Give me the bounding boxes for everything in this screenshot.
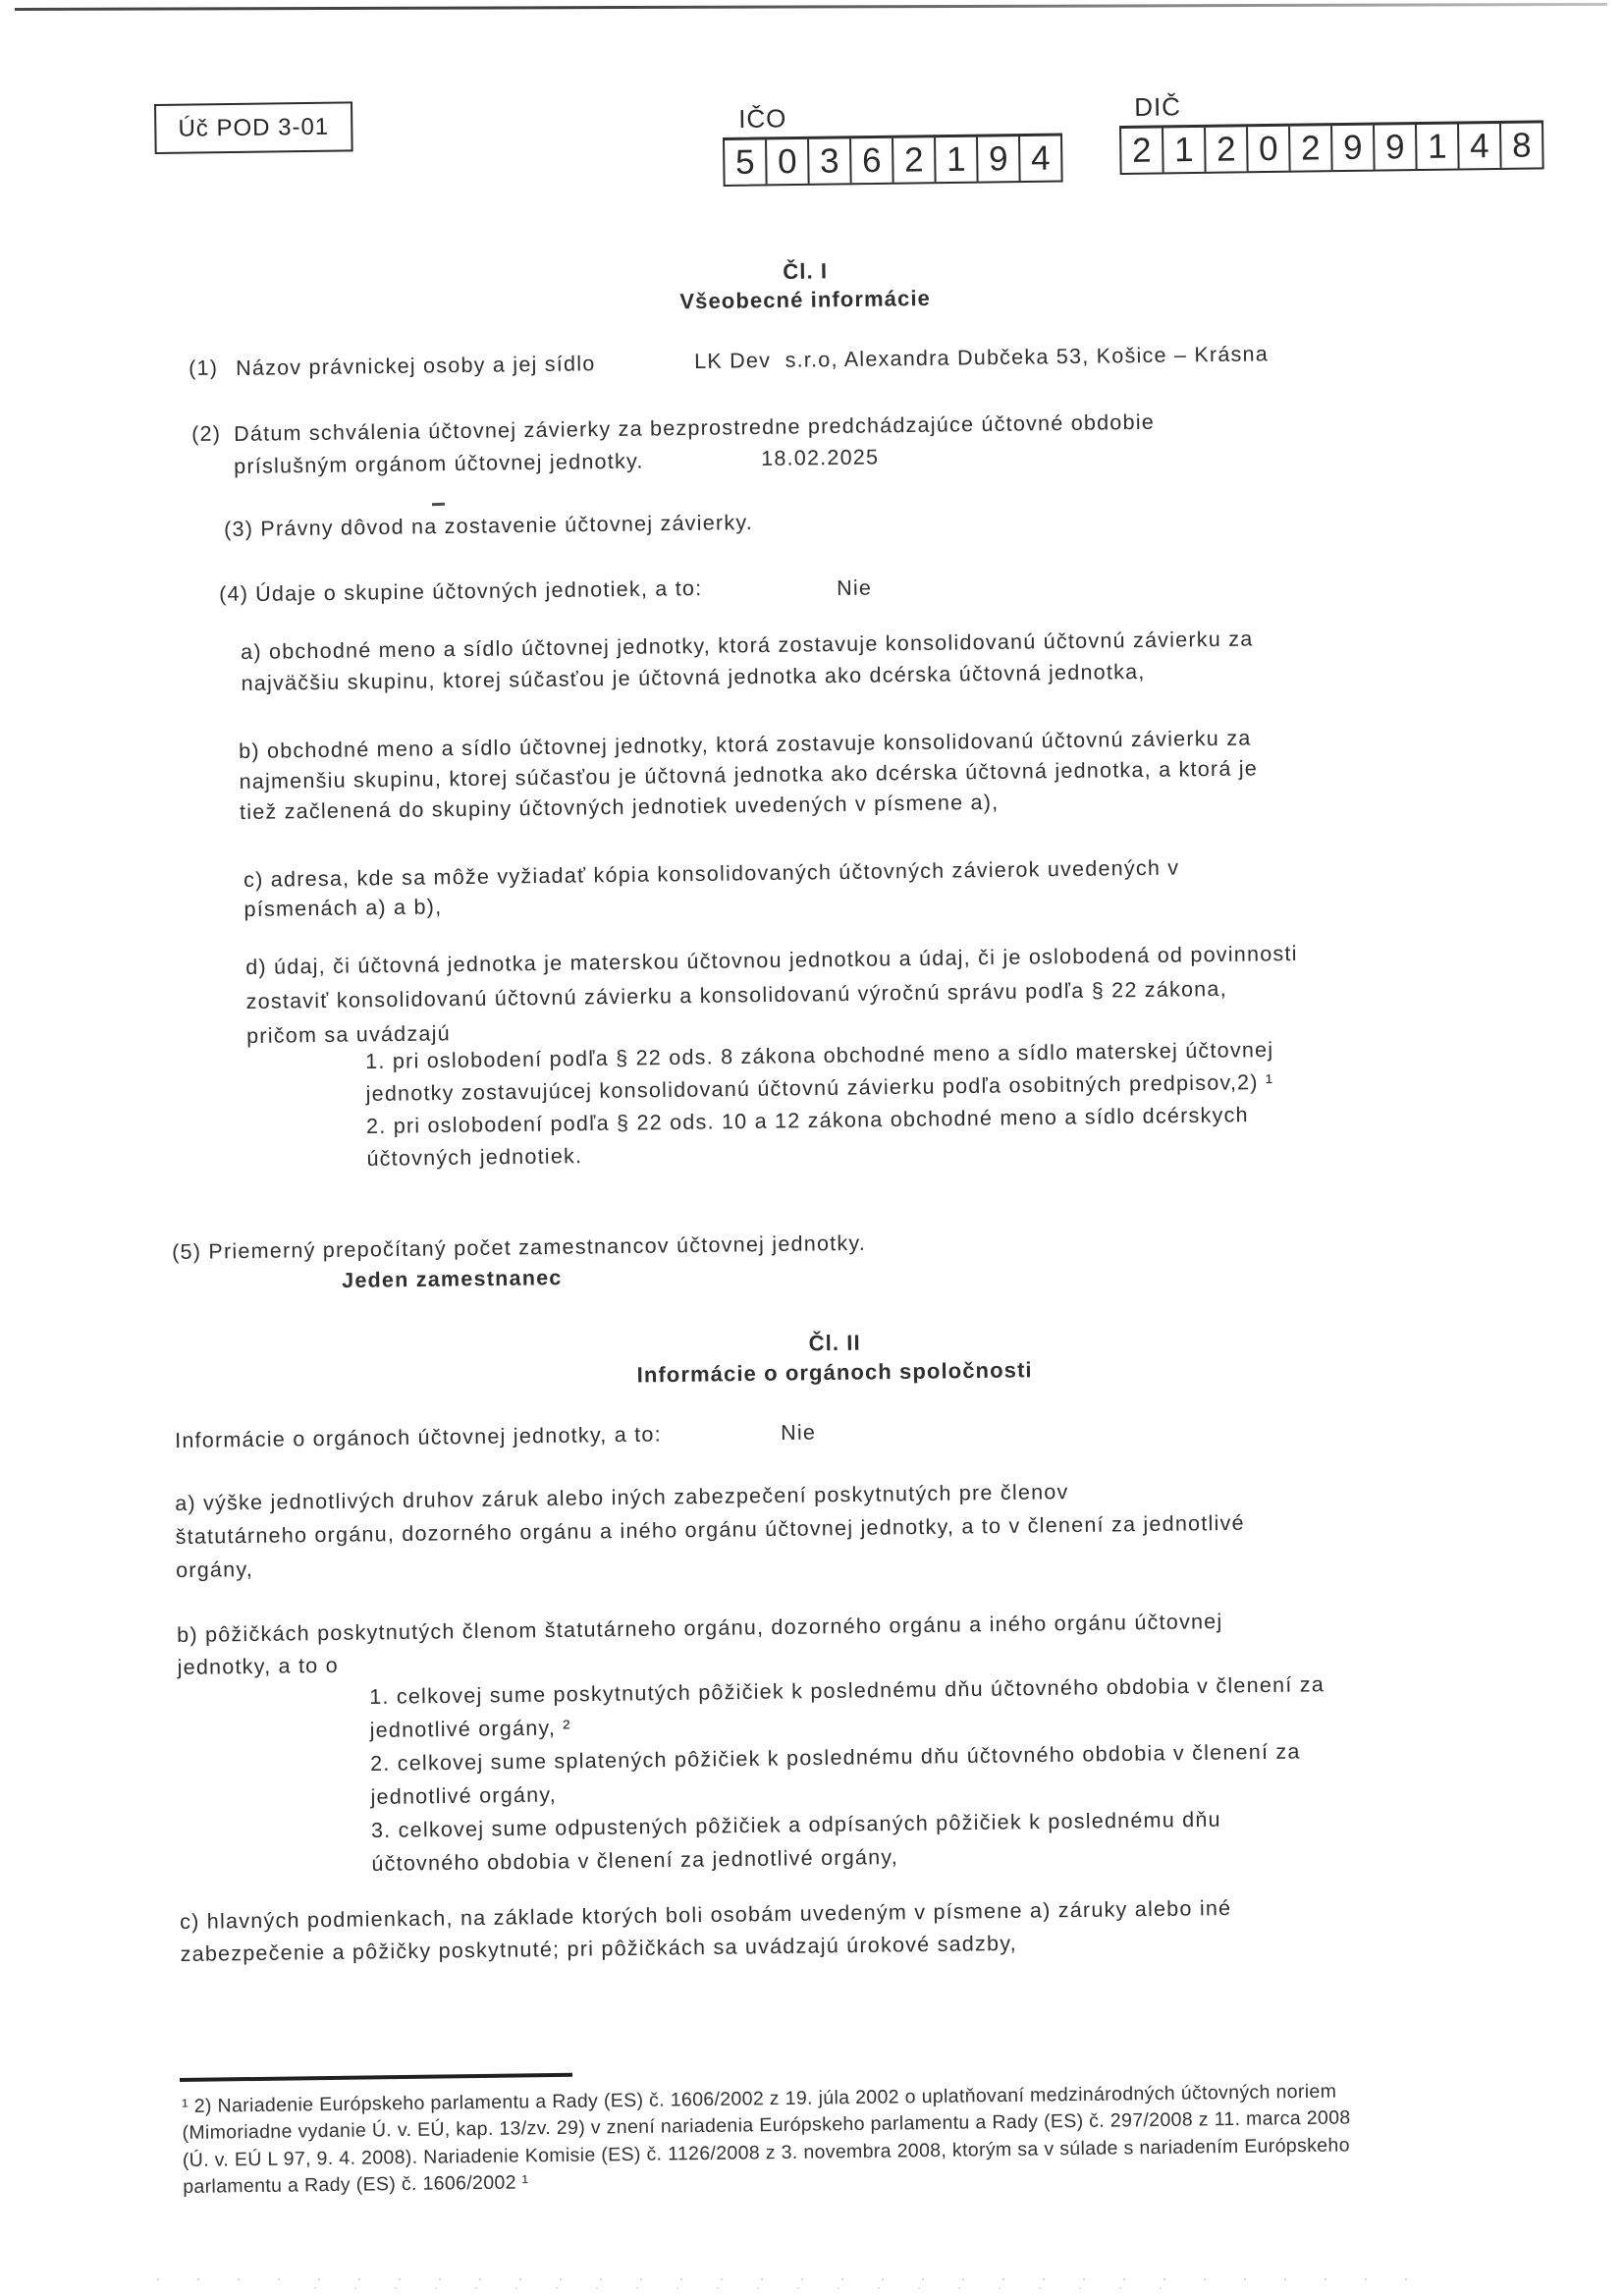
dic-digit-row: 2 1 2 0 2 9 9 1 4 8 xyxy=(1119,120,1544,175)
dic-digit-cell: 0 xyxy=(1246,127,1289,172)
scan-noise-row xyxy=(157,2278,1434,2280)
ico-digit-cell: 9 xyxy=(976,137,1019,182)
para2-line1: Dátum schválenia účtovnej závierky za be… xyxy=(234,410,1155,447)
para1-value-company-name: LK Dev s.r.o, Alexandra Dubčeka 53, Koši… xyxy=(694,342,1269,374)
para1-label: Názov právnickej osoby a jej sídlo xyxy=(236,352,596,381)
form-code-box: Úč POD 3-01 xyxy=(154,101,353,154)
dic-digit-cell: 1 xyxy=(1415,124,1458,169)
article1-subtitle: Všeobecné informácie xyxy=(628,285,982,315)
ico-digit-cell: 5 xyxy=(725,139,766,185)
dic-digit-cell: 1 xyxy=(1162,128,1205,173)
para4-number: (4) xyxy=(219,582,248,607)
footnote-text: ¹ 2) Nariadenie Európskeho parlamentu a … xyxy=(182,2078,1351,2201)
para3-text: (3) Právny dôvod na zostavenie účtovnej … xyxy=(224,511,753,542)
ico-digit-cell: 2 xyxy=(892,137,935,183)
scan-artifact-dash xyxy=(432,503,445,506)
dic-label: DIČ xyxy=(1134,91,1181,123)
article2-subtitle: Informácie o orgánoch spoločnosti xyxy=(599,1357,1070,1389)
para5-value-employees: Jeden zamestnanec xyxy=(342,1266,563,1293)
scan-noise-row xyxy=(314,2287,1198,2289)
para4-item-c: c) adresa, kde sa môže vyžiadať kópia ko… xyxy=(243,853,1180,924)
dic-digit-cell: 9 xyxy=(1330,126,1374,171)
para5-text: (5) Priemerný prepočítaný počet zamestna… xyxy=(172,1231,866,1265)
article2-item-b-subitems: 1. celkovej sume poskytnutých pôžičiek k… xyxy=(369,1667,1326,1881)
para4-item-b: b) obchodné meno a sídlo účtovnej jednot… xyxy=(239,723,1259,828)
ico-digit-row: 5 0 3 6 2 1 9 4 xyxy=(723,133,1063,187)
para4-value: Nie xyxy=(837,576,872,601)
dic-digit-cell: 2 xyxy=(1204,127,1247,172)
ico-digit-cell: 4 xyxy=(1018,136,1061,181)
dic-digit-cell: 2 xyxy=(1288,126,1331,171)
article1-title: Čl. I xyxy=(628,253,982,290)
ico-digit-cell: 6 xyxy=(849,138,893,184)
para2-value-approval-date: 18.02.2025 xyxy=(761,445,879,471)
dic-digit-cell: 4 xyxy=(1457,124,1500,169)
para4-item-d-subitems: 1. pri oslobodení podľa § 22 ods. 8 záko… xyxy=(365,1034,1275,1175)
dic-digit-cell: 8 xyxy=(1499,123,1542,168)
ico-digit-cell: 3 xyxy=(807,138,850,184)
dic-digit-cell: 2 xyxy=(1121,128,1163,173)
form-code-label: Úč POD 3-01 xyxy=(178,113,329,142)
ico-digit-cell: 0 xyxy=(765,139,808,185)
para1-number: (1) xyxy=(189,356,218,381)
para4-label: Údaje o skupine účtovných jednotiek, a t… xyxy=(255,576,703,607)
article2-lead-value: Nie xyxy=(781,1421,816,1446)
ico-label: IČO xyxy=(738,103,787,135)
article2-lead-label: Informácie o orgánoch účtovnej jednotky,… xyxy=(175,1423,662,1453)
article2-item-c: c) hlavných podmienkach, na základe ktor… xyxy=(180,1892,1232,1971)
article2-item-a: a) výške jednotlivých druhov záruk alebo… xyxy=(175,1473,1245,1587)
para2-number: (2) xyxy=(191,422,221,447)
ico-digit-cell: 1 xyxy=(934,137,977,183)
dic-digit-cell: 9 xyxy=(1373,125,1416,170)
para4-item-a: a) obchodné meno a sídlo účtovnej jednot… xyxy=(241,624,1254,699)
scan-edge-line xyxy=(15,3,1607,11)
para2-line2: príslušným orgánom účtovnej jednotky. xyxy=(234,450,644,479)
footnote-divider xyxy=(180,2073,572,2082)
scanned-document-page: Úč POD 3-01 IČO 5 0 3 6 2 1 9 4 DIČ 2 1 … xyxy=(0,0,1623,2296)
